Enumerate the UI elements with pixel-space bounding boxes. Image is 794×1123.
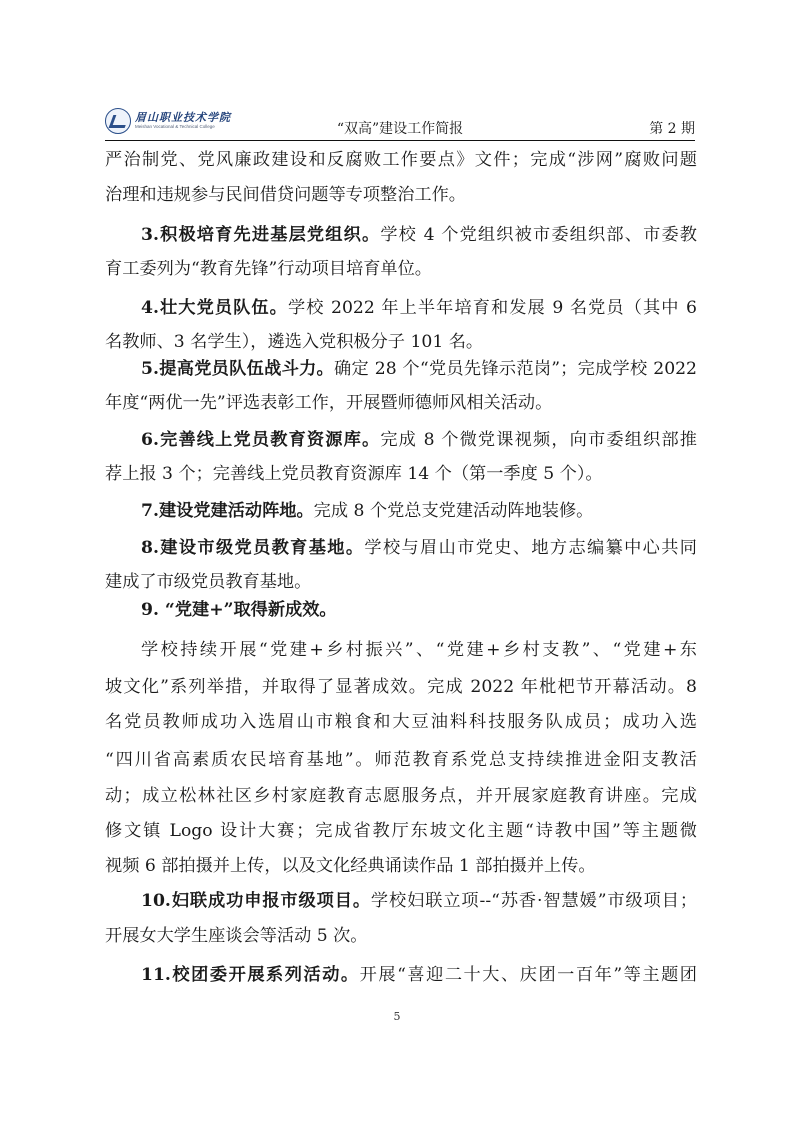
section-heading: 8.建设市级党员教育基地。 (141, 538, 364, 558)
body-line: 动；成立松林社区乡村家庭教育志愿服务点，并开展家庭教育讲座。完成 (105, 785, 697, 807)
section-6: 6.完善线上党员教育资源库。完成 8 个微党课视频，向市委组织部推 (141, 429, 697, 451)
section-5: 5.提高党员队伍战斗力。确定 28 个“党员先锋示范岗”；完成学校 2022 (141, 358, 697, 380)
section-11: 11.校团委开展系列活动。开展“喜迎二十大、庆团一百年”等主题团 (141, 964, 697, 986)
page-header: 眉山职业技术学院 Meishan Vocational & Technical … (105, 108, 695, 140)
section-heading: 5.提高党员队伍战斗力。 (141, 359, 334, 379)
section-heading: 7.建设党建活动阵地。 (141, 501, 314, 521)
body-line: 名党员教师成功入选眉山市粮食和大豆油料科技服务队成员；成功入选 (105, 711, 697, 733)
section-heading: 3.积极培育先进基层党组织。 (141, 225, 380, 245)
section-heading: 4.壮大党员队伍。 (141, 298, 288, 318)
section-7: 7.建设党建活动阵地。完成 8 个党总支党建活动阵地装修。 (141, 500, 697, 522)
body-line: 建成了市级党员教育基地。 (105, 571, 697, 593)
section-10: 10.妇联成功申报市级项目。学校妇联立项--“苏香·智慧媛”市级项目； (141, 890, 697, 912)
body-line: 修文镇 Logo 设计大赛；完成省教厅东坡文化主题“诗教中国”等主题微 (105, 820, 697, 842)
section-heading: 11.校团委开展系列活动。 (141, 965, 360, 985)
section-9: 9. “党建+”取得新成效。 (141, 599, 697, 621)
section-heading: 6.完善线上党员教育资源库。 (141, 430, 380, 450)
body-line: 开展女大学生座谈会等活动 5 次。 (105, 925, 697, 947)
section-heading: 9. “党建+”取得新成效。 (141, 600, 337, 620)
issue-number: 第 2 期 (649, 118, 695, 138)
section-3: 3.积极培育先进基层党组织。学校 4 个党组织被市委组织部、市委教 (141, 224, 697, 246)
page-number: 5 (0, 1010, 794, 1023)
body-line: 年度“两优一先”评选表彰工作，开展暨师德师风相关活动。 (105, 392, 697, 414)
body-line: 荐上报 3 个；完善线上党员教育资源库 14 个（第一季度 5 个）。 (105, 463, 697, 485)
body-line: 名教师、3 名学生），遴选入党积极分子 101 名。 (105, 331, 697, 353)
body-line: 视频 6 部拍摄并上传，以及文化经典诵读作品 1 部拍摄并上传。 (105, 855, 697, 877)
section-8: 8.建设市级党员教育基地。学校与眉山市党史、地方志编纂中心共同 (141, 537, 697, 559)
section-4: 4.壮大党员队伍。学校 2022 年上半年培育和发展 9 名党员（其中 6 (141, 297, 697, 319)
body-line: 育工委列为“教育先锋”行动项目培育单位。 (105, 258, 697, 280)
body-line: 坡文化”系列举措，并取得了显著成效。完成 2022 年枇杷节开幕活动。8 (105, 676, 697, 698)
body-line: 学校持续开展“党建+乡村振兴”、“党建+乡村支教”、“党建+东 (141, 639, 697, 661)
body-line: 治理和违规参与民间借贷问题等专项整治工作。 (105, 184, 697, 206)
body-line: 严治制党、党风廉政建设和反腐败工作要点》文件；完成“涉网”腐败问题 (105, 149, 697, 171)
section-heading: 10.妇联成功申报市级项目。 (141, 891, 371, 911)
bulletin-title: “双高”建设工作简报 (105, 118, 695, 138)
header-divider (105, 140, 695, 141)
body-line: “四川省高素质农民培育基地”。师范教育系党总支持续推进金阳支教活 (105, 749, 697, 771)
